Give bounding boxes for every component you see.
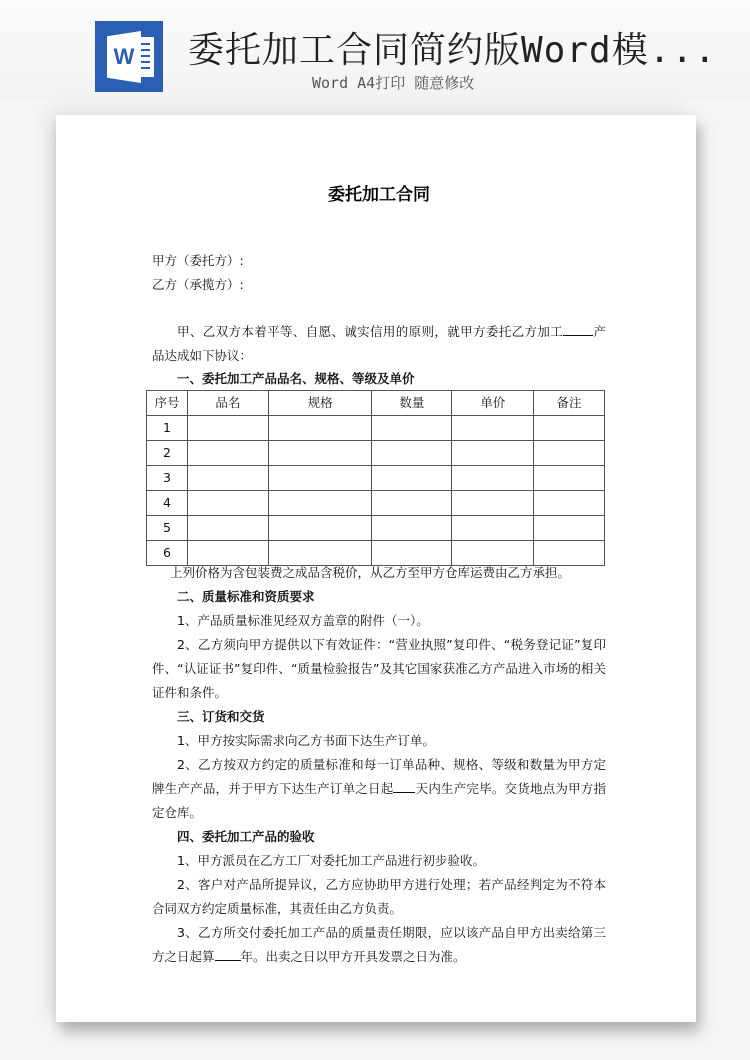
table-header-cell: 规格	[268, 391, 372, 416]
party-a-line: 甲方（委托方）:	[152, 249, 606, 273]
product-blank	[563, 322, 593, 336]
section-2-item-1: 1、产品质量标准见经双方盖章的附件（一）。	[152, 609, 606, 633]
table-cell	[187, 466, 268, 491]
years-blank	[215, 947, 241, 961]
table-header-cell: 序号	[147, 391, 188, 416]
table-cell	[452, 466, 534, 491]
intro-paragraph: 甲、乙双方本着平等、自愿、诚实信用的原则，就甲方委托乙方加工产品达成如下协议：	[152, 320, 606, 368]
table-cell	[268, 416, 372, 441]
document-page: 委托加工合同 甲方（委托方）: 乙方（承揽方）: 甲、乙双方本着平等、自愿、诚实…	[56, 115, 696, 1022]
section-4-item-3: 3、乙方所交付委托加工产品的质量责任期限，应以该产品自甲方出卖给第三方之日起算年…	[152, 921, 606, 969]
price-note: 上列价格为含包装费之成品含税价，从乙方至甲方仓库运费由乙方承担。	[152, 561, 606, 585]
table-cell	[268, 466, 372, 491]
header-banner: W 委托加工合同简约版Word模... Word A4打印 随意修改	[0, 0, 750, 100]
header-title: 委托加工合同简约版Word模...	[188, 22, 717, 73]
header-subtitle: Word A4打印 随意修改	[312, 72, 474, 93]
table-cell	[452, 516, 534, 541]
table-cell-index: 5	[147, 516, 188, 541]
table-cell	[268, 491, 372, 516]
table-cell	[268, 441, 372, 466]
table-cell	[372, 466, 452, 491]
document-title: 委托加工合同	[152, 183, 606, 207]
section-4-item-3-text-after: 年。出卖之日以甲方开具发票之日为准。	[241, 949, 466, 964]
table-cell	[372, 491, 452, 516]
days-blank	[393, 779, 415, 793]
section-4-heading: 四、委托加工产品的验收	[152, 825, 606, 849]
section-3-heading: 三、订货和交货	[152, 705, 606, 729]
table-cell	[534, 441, 605, 466]
table-cell	[452, 441, 534, 466]
table-cell-index: 3	[147, 466, 188, 491]
intro-text: 甲、乙双方本着平等、自愿、诚实信用的原则，就甲方委托乙方加工	[177, 324, 563, 339]
product-table: 序号 品名 规格 数量 单价 备注 1 2 3 4	[146, 390, 605, 566]
table-row: 1	[147, 416, 605, 441]
word-icon: W	[95, 21, 163, 92]
table-cell	[372, 516, 452, 541]
table-row: 5	[147, 516, 605, 541]
table-cell	[187, 516, 268, 541]
table-row: 2	[147, 441, 605, 466]
section-3-item-2: 2、乙方按双方约定的质量标准和每一订单品种、规格、等级和数量为甲方定牌生产产品，…	[152, 753, 606, 825]
table-header-cell: 数量	[372, 391, 452, 416]
party-b-line: 乙方（承揽方）:	[152, 273, 606, 297]
table-cell	[534, 516, 605, 541]
section-2-item-2: 2、乙方须向甲方提供以下有效证件：“营业执照”复印件、“税务登记证”复印件、“认…	[152, 633, 606, 705]
table-cell	[534, 416, 605, 441]
table-cell	[452, 491, 534, 516]
section-1-heading: 一、委托加工产品品名、规格、等级及单价	[152, 367, 606, 391]
table-row: 3	[147, 466, 605, 491]
table-header-cell: 单价	[452, 391, 534, 416]
table-cell	[187, 491, 268, 516]
table-header-cell: 备注	[534, 391, 605, 416]
table-cell	[187, 416, 268, 441]
section-3-item-1: 1、甲方按实际需求向乙方书面下达生产订单。	[152, 729, 606, 753]
table-cell-index: 4	[147, 491, 188, 516]
table-row: 4	[147, 491, 605, 516]
table-header-cell: 品名	[187, 391, 268, 416]
table-cell	[534, 466, 605, 491]
section-4-item-2: 2、客户对产品所提异议，乙方应协助甲方进行处理；若产品经判定为不符本合同双方约定…	[152, 873, 606, 921]
word-letter: W	[109, 44, 139, 70]
table-cell	[187, 441, 268, 466]
section-4-item-1: 1、甲方派员在乙方工厂对委托加工产品进行初步验收。	[152, 849, 606, 873]
table-cell	[452, 416, 534, 441]
table-cell-index: 1	[147, 416, 188, 441]
table-cell	[268, 516, 372, 541]
table-cell-index: 2	[147, 441, 188, 466]
table-cell	[372, 441, 452, 466]
table-cell	[372, 416, 452, 441]
section-2-heading: 二、质量标准和资质要求	[152, 585, 606, 609]
table-cell	[534, 491, 605, 516]
table-header-row: 序号 品名 规格 数量 单价 备注	[147, 391, 605, 416]
